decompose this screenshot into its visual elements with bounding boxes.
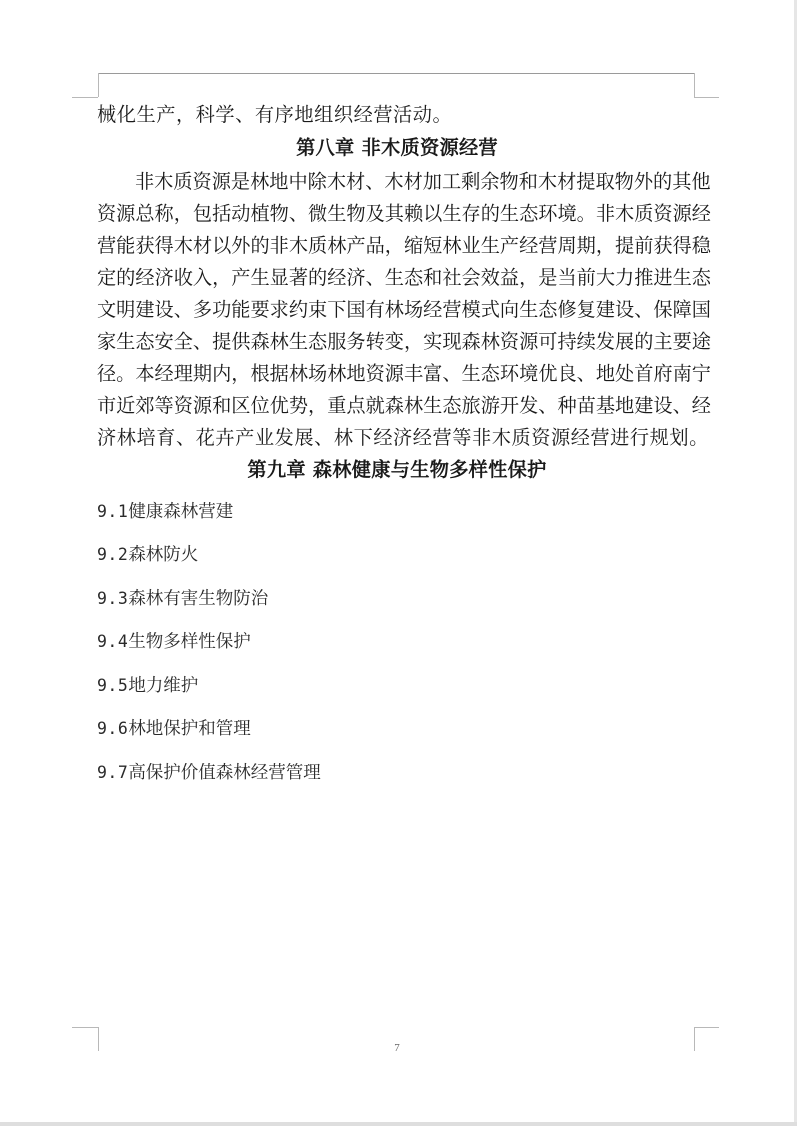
section-title: 高保护价值森林经营管理 <box>128 763 321 783</box>
paragraph-line-last: 济林培育、花卉产业发展、林下经济经营等非木质资源经营进行规划。 <box>97 427 709 449</box>
paragraph-line: 定的经济收入，产生显著的经济、生态和社会效益，是当前大力推进生态 <box>97 267 697 289</box>
section-item: 9.6林地保护和管理 <box>97 718 251 740</box>
paragraph-line: 营能获得木材以外的非木质林产品，缩短林业生产经营周期，提前获得稳 <box>97 235 697 257</box>
page-number: 7 <box>391 1042 403 1054</box>
section-title: 森林防火 <box>128 545 198 565</box>
continuation-line: 械化生产，科学、有序地组织经营活动。 <box>97 104 452 126</box>
section-title: 森林有害生物防治 <box>128 589 268 609</box>
corner-mark-bottom-right-vertical <box>694 1027 695 1051</box>
paragraph-line: 文明建设、多功能要求约束下国有林场经营模式向生态修复建设、保障国 <box>97 299 697 321</box>
section-number: 9.3 <box>97 589 128 608</box>
paragraph-line: 资源总称，包括动植物、微生物及其赖以生存的生态环境。非木质资源经 <box>97 203 697 225</box>
section-item: 9.7高保护价值森林经营管理 <box>97 762 321 784</box>
section-item: 9.3森林有害生物防治 <box>97 588 268 610</box>
section-title: 地力维护 <box>128 676 198 696</box>
section-number: 9.6 <box>97 719 128 738</box>
page-edge-bottom <box>0 1122 797 1126</box>
header-margin-line <box>98 73 695 74</box>
section-number: 9.7 <box>97 763 128 782</box>
section-item: 9.5地力维护 <box>97 675 198 697</box>
corner-mark-bottom-left-horizontal <box>72 1027 98 1028</box>
chapter-8-heading: 第八章 非木质资源经营 <box>97 137 697 159</box>
section-number: 9.1 <box>97 502 128 521</box>
section-item: 9.1健康森林营建 <box>97 501 233 523</box>
paragraph-line: 市近郊等资源和区位优势，重点就森林生态旅游开发、种苗基地建设、经 <box>97 395 697 417</box>
corner-mark-bottom-left-vertical <box>98 1027 99 1051</box>
section-title: 生物多样性保护 <box>128 632 251 652</box>
section-item: 9.2森林防火 <box>97 544 198 566</box>
corner-mark-top-left-vertical <box>98 73 99 97</box>
section-title: 健康森林营建 <box>128 502 233 522</box>
section-item: 9.4生物多样性保护 <box>97 631 251 653</box>
paragraph-line: 非木质资源是林地中除木材、木材加工剩余物和木材提取物外的其他 <box>135 171 697 193</box>
corner-mark-top-right-vertical <box>694 73 695 97</box>
section-number: 9.4 <box>97 632 128 651</box>
section-number: 9.5 <box>97 676 128 695</box>
corner-mark-bottom-right-horizontal <box>694 1027 719 1028</box>
section-number: 9.2 <box>97 545 128 564</box>
paragraph-line: 家生态安全、提供森林生态服务转变，实现森林资源可持续发展的主要途 <box>97 331 697 353</box>
paragraph-line: 径。本经理期内，根据林场林地资源丰富、生态环境优良、地处首府南宁 <box>97 363 697 385</box>
chapter-9-heading: 第九章 森林健康与生物多样性保护 <box>97 459 697 481</box>
corner-mark-top-left-horizontal <box>72 97 98 98</box>
section-title: 林地保护和管理 <box>128 719 251 739</box>
corner-mark-top-right-horizontal <box>694 97 719 98</box>
